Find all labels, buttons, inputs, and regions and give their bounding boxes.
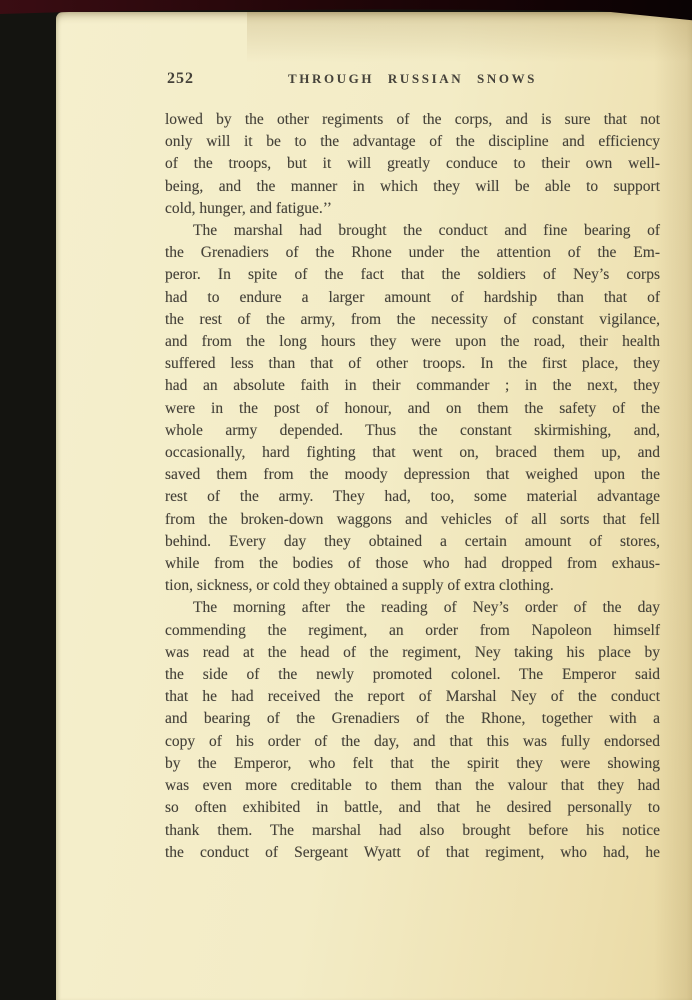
text-line: had an absolute faith in their commander… (165, 375, 660, 397)
page-edges (0, 8, 58, 1000)
text-line: was even more creditable to them than th… (165, 775, 660, 797)
text-line: peror. In spite of the fact that the sol… (165, 264, 660, 286)
text-line: copy of his order of the day, and that t… (165, 731, 660, 753)
text-line: saved them from the moody depression tha… (165, 464, 660, 486)
book-page: 252 THROUGH RUSSIAN SNOWS lowed by the o… (56, 12, 692, 1000)
text-line: tion, sickness, or cold they obtained a … (165, 575, 660, 597)
text-line: while from the bodies of those who had d… (165, 553, 660, 575)
text-line: the side of the newly promoted colonel. … (165, 664, 660, 686)
text-line: rest of the army. They had, too, some ma… (165, 486, 660, 508)
page-number: 252 (167, 70, 194, 88)
page-header: 252 THROUGH RUSSIAN SNOWS (165, 70, 660, 88)
text-line: and bearing of the Grenadiers of the Rho… (165, 708, 660, 730)
text-line: lowed by the other regiments of the corp… (165, 109, 660, 131)
book-photo: { "colors":{ "paper":"#f3ecc6", "ink":"#… (0, 0, 692, 1000)
text-line: were in the post of honour, and on them … (165, 398, 660, 420)
text-line: the rest of the army, from the necessity… (165, 309, 660, 331)
text-line: behind. Every day they obtained a certai… (165, 531, 660, 553)
text-line: the Grenadiers of the Rhone under the at… (165, 242, 660, 264)
text-line: occasionally, hard fighting that went on… (165, 442, 660, 464)
text-line: the conduct of Sergeant Wyatt of that re… (165, 842, 660, 864)
text-line: cold, hunger, and fatigue.’’ (165, 198, 660, 220)
text-line: being, and the manner in which they will… (165, 176, 660, 198)
text-line: had to endure a larger amount of hardshi… (165, 287, 660, 309)
page-text: lowed by the other regiments of the corp… (165, 109, 660, 864)
text-line: of the troops, but it will greatly condu… (165, 153, 660, 175)
text-line: that he had received the report of Marsh… (165, 686, 660, 708)
text-line: thank them. The marshal had also brought… (165, 820, 660, 842)
text-line: suffered less than that of other troops.… (165, 353, 660, 375)
text-line: and from the long hours they were upon t… (165, 331, 660, 353)
text-line: The morning after the reading of Ney’s o… (165, 597, 660, 619)
running-header: THROUGH RUSSIAN SNOWS (165, 70, 660, 88)
text-line: by the Emperor, who felt that the spirit… (165, 753, 660, 775)
text-line: commending the regiment, an order from N… (165, 620, 660, 642)
text-line: only will it be to the advantage of the … (165, 131, 660, 153)
text-line: so often exhibited in battle, and that h… (165, 797, 660, 819)
text-line: The marshal had brought the conduct and … (165, 220, 660, 242)
text-line: from the broken-down waggons and vehicle… (165, 509, 660, 531)
text-line: was read at the head of the regiment, Ne… (165, 642, 660, 664)
text-line: whole army depended. Thus the constant s… (165, 420, 660, 442)
